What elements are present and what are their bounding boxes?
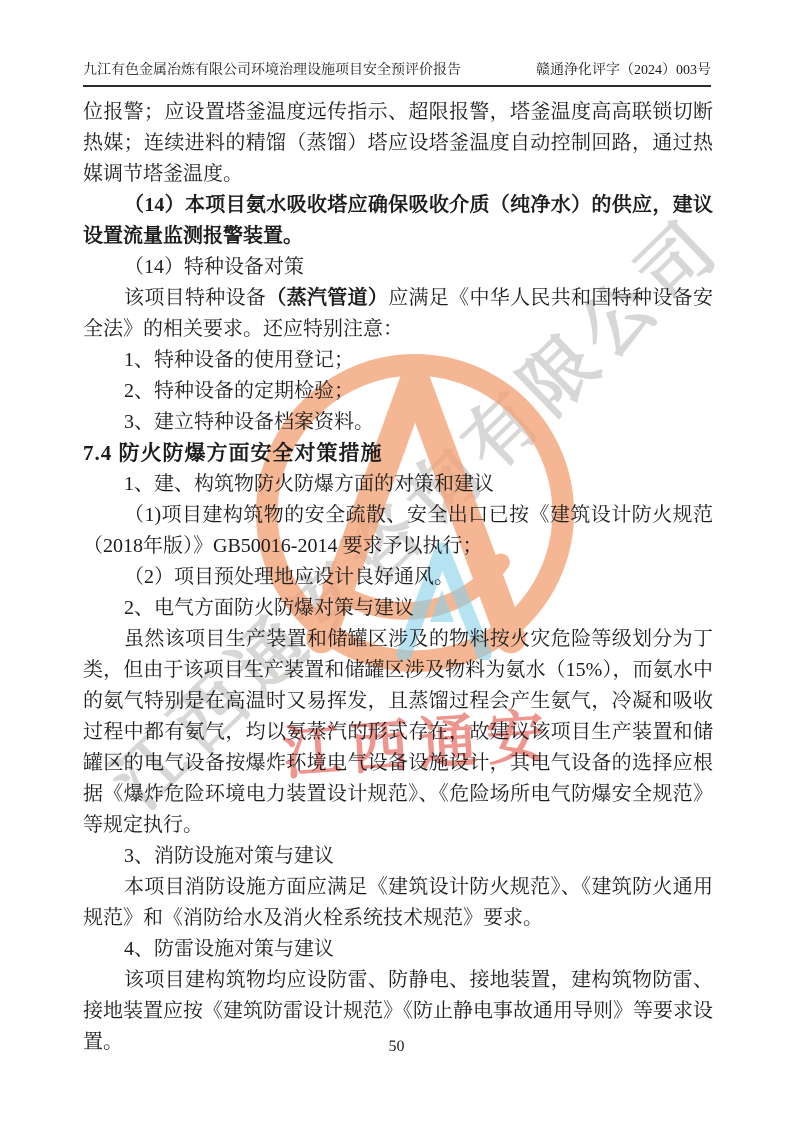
paragraph-building-measure-1: （1)项目建构筑物的安全疏散、安全出口已按《建筑设计防火规范（2018年版）》G… [83, 500, 713, 562]
paragraph-fire-facilities-body: 本项目消防设施方面应满足《建筑设计防火规范》、《建筑防火通用规范》和《消防给水及… [83, 872, 713, 934]
list-item-3: 3、建立特种设备档案资料。 [83, 407, 713, 438]
paragraph-special-equipment-title: （14）特种设备对策 [83, 252, 713, 283]
paragraph-continuation: 位报警；应设置塔釜温度远传指示、超限报警，塔釜温度高高联锁切断热媒；连续进料的精… [83, 97, 713, 190]
list-item-1: 1、特种设备的使用登记； [83, 345, 713, 376]
list-item-2: 2、特种设备的定期检验； [83, 376, 713, 407]
paragraph-building-measure-2: （2）项目预处理地应设计良好通风。 [83, 562, 713, 593]
run-normal: 该项目特种设备 [124, 287, 266, 309]
document-body: 位报警；应设置塔釜温度远传指示、超限报警，塔釜温度高高联锁切断热媒；连续进料的精… [83, 97, 713, 1058]
paragraph-lightning-title: 4、防雷设施对策与建议 [83, 934, 713, 965]
run-bold-steam-pipe: （蒸汽管道） [266, 287, 388, 309]
content-layer: 九江有色金属冶炼有限公司环境治理设施项目安全预评价报告 赣通浄化评字（2024）… [0, 0, 793, 1122]
page-number: 50 [0, 1038, 793, 1056]
section-heading-7-4: 7.4 防火防爆方面安全对策措施 [83, 438, 713, 469]
paragraph-fire-facilities-title: 3、消防设施对策与建议 [83, 841, 713, 872]
paragraph-electrical-title: 2、电气方面防火防爆对策与建议 [83, 593, 713, 624]
paragraph-electrical-body: 虽然该项目生产装置和储罐区涉及的物料按火灾危险等级划分为丁类，但由于该项目生产装… [83, 624, 713, 841]
document-header: 九江有色金属冶炼有限公司环境治理设施项目安全预评价报告 赣通浄化评字（2024）… [83, 61, 711, 87]
paragraph-bold-recommendation: （14）本项目氨水吸收塔应确保吸收介质（纯净水）的供应，建议设置流量监测报警装置… [83, 190, 713, 252]
document-page: 江西通安咨询有限公司 江西通安 九江有色金属冶炼有限公司环境治理设施项目安全预评… [0, 0, 793, 1122]
header-report-title: 九江有色金属冶炼有限公司环境治理设施项目安全预评价报告 [83, 61, 461, 81]
paragraph-building-measures-title: 1、建、构筑物防火防爆方面的对策和建议 [83, 469, 713, 500]
paragraph-special-equipment: 该项目特种设备（蒸汽管道）应满足《中华人民共和国特种设备安全法》的相关要求。还应… [83, 283, 713, 345]
header-doc-number: 赣通浄化评字（2024）003号 [536, 61, 711, 81]
